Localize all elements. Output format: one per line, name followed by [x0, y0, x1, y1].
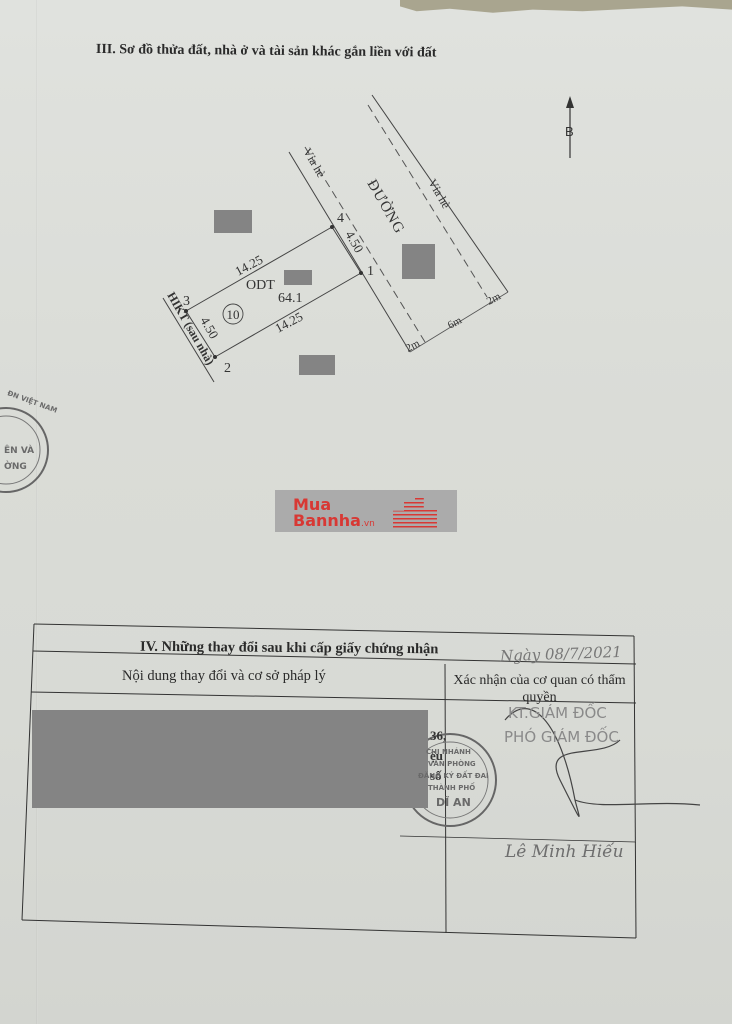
redaction-block: [299, 355, 335, 375]
redaction-block: [284, 270, 312, 285]
svg-text:14.25: 14.25: [272, 309, 305, 336]
svg-text:1: 1: [367, 264, 374, 279]
section-iv-title: IV. Những thay đổi sau khi cấp giấy chứn…: [140, 639, 439, 659]
svg-text:Vỉa hè: Vỉa hè: [300, 146, 328, 180]
svg-text:64.1: 64.1: [278, 291, 303, 306]
svg-text:ODT: ODT: [246, 278, 275, 293]
svg-text:2: 2: [224, 361, 231, 376]
signature-title: PHÓ GIÁM ĐỐC: [504, 728, 619, 746]
building-icon: [393, 498, 437, 530]
table-top-border: [34, 624, 634, 636]
north-arrow-head: [566, 96, 574, 108]
svg-text:10: 10: [227, 307, 240, 322]
column-header-confirmation: Xác nhận của cơ quan có thẩm quyền: [452, 672, 627, 706]
svg-text:4.50: 4.50: [342, 228, 366, 255]
svg-text:2m: 2m: [485, 290, 503, 307]
redaction-block: [214, 210, 252, 233]
table-bottom-border: [22, 920, 636, 938]
signature-scribble: [505, 709, 700, 817]
redaction-block: [32, 710, 428, 808]
svg-text:6m: 6m: [446, 314, 464, 331]
svg-text:ĐƯỜNG: ĐƯỜNG: [364, 177, 409, 237]
watermark-logo: Mua Bannha.vn: [275, 490, 457, 532]
svg-text:B: B: [565, 124, 574, 139]
table-right-border: [634, 636, 636, 938]
svg-text:2m: 2m: [404, 337, 422, 354]
road-left-edge: [289, 152, 410, 352]
svg-text:Vỉa hè: Vỉa hè: [425, 177, 453, 211]
seal-text: CHI NHÁNH: [426, 748, 471, 756]
signer-name: Lê Minh Hiếu: [505, 842, 624, 862]
column-header-changes: Nội dung thay đổi và cơ sở pháp lý: [122, 668, 326, 685]
svg-text:4: 4: [337, 211, 344, 226]
signature-title-kt: KT.GIÁM ĐỐC: [508, 704, 607, 722]
redaction-block: [402, 244, 435, 279]
certificate-page: III. Sơ đồ thửa đất, nhà ở và tài sản kh…: [0, 0, 732, 1024]
